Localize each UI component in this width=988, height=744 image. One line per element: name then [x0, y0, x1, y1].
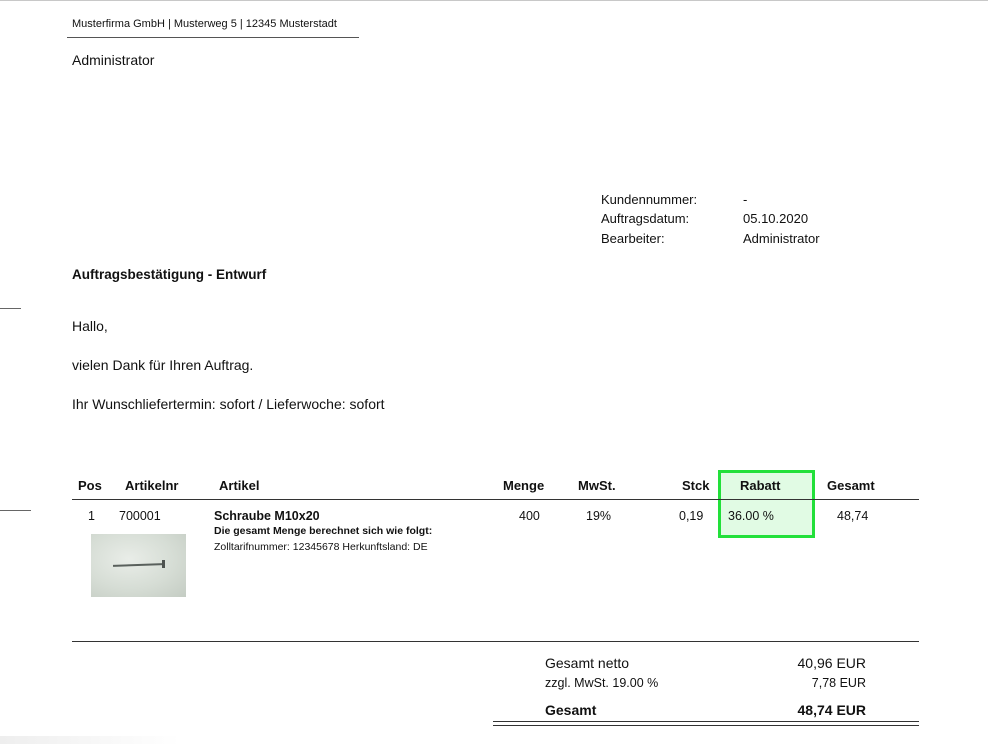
col-header-mwst: MwSt. [578, 478, 616, 493]
totals-tax-label: zzgl. MwSt. 19.00 % [545, 676, 658, 690]
col-header-rabatt: Rabatt [740, 478, 780, 493]
cell-article-name: Schraube M10x20 [214, 509, 320, 523]
table-header-divider [72, 499, 919, 500]
cell-mwst: 19% [586, 509, 611, 523]
cell-article-formula-note: Die gesamt Menge berechnet sich wie folg… [214, 525, 432, 537]
cell-artikelnr: 700001 [119, 509, 161, 523]
order-meta-block: Kundennummer: - Auftragsdatum: 05.10.202… [601, 190, 820, 248]
totals-divider [72, 641, 919, 642]
screw-head-icon [162, 560, 165, 568]
document-title: Auftragsbestätigung - Entwurf [72, 267, 266, 282]
col-header-gesamt: Gesamt [827, 478, 875, 493]
totals-double-underline [493, 721, 919, 722]
cell-article-customs: Zolltarifnummer: 12345678 Herkunftsland:… [214, 541, 428, 553]
col-header-stck: Stck [682, 478, 709, 493]
col-header-pos: Pos [78, 478, 102, 493]
recipient-name: Administrator [72, 52, 154, 68]
thanks-text: vielen Dank für Ihren Auftrag. [72, 357, 253, 373]
col-header-artikel: Artikel [219, 478, 259, 493]
col-header-menge: Menge [503, 478, 544, 493]
product-image-screw [91, 534, 186, 597]
meta-label: Kundennummer: [601, 190, 743, 209]
totals-double-underline [493, 725, 919, 726]
punch-mark [0, 510, 31, 511]
totals-netto-label: Gesamt netto [545, 655, 629, 671]
totals-tax-value: 7,78 EUR [812, 676, 866, 690]
meta-value: Administrator [743, 229, 820, 248]
cell-stck: 0,19 [679, 509, 703, 523]
sender-divider [67, 37, 359, 38]
page-shadow [0, 736, 180, 744]
meta-order-date: Auftragsdatum: 05.10.2020 [601, 209, 820, 228]
cell-rabatt: 36.00 % [728, 509, 774, 523]
meta-value: 05.10.2020 [743, 209, 808, 228]
totals-total-label: Gesamt [545, 702, 596, 718]
delivery-text: Ihr Wunschliefertermin: sofort / Lieferw… [72, 396, 385, 412]
meta-value: - [743, 190, 747, 209]
totals-netto-value: 40,96 EUR [798, 655, 866, 671]
cell-gesamt: 48,74 [837, 509, 868, 523]
greeting-text: Hallo, [72, 318, 108, 334]
totals-total-value: 48,74 EUR [798, 702, 866, 718]
page-top-border [0, 0, 988, 1]
cell-menge: 400 [519, 509, 540, 523]
fold-mark [0, 308, 21, 309]
meta-customer-number: Kundennummer: - [601, 190, 820, 209]
screw-shaft-icon [113, 563, 163, 567]
meta-editor: Bearbeiter: Administrator [601, 229, 820, 248]
meta-label: Auftragsdatum: [601, 209, 743, 228]
meta-label: Bearbeiter: [601, 229, 743, 248]
cell-pos: 1 [88, 509, 95, 523]
sender-address-line: Musterfirma GmbH | Musterweg 5 | 12345 M… [72, 18, 337, 30]
col-header-artikelnr: Artikelnr [125, 478, 178, 493]
